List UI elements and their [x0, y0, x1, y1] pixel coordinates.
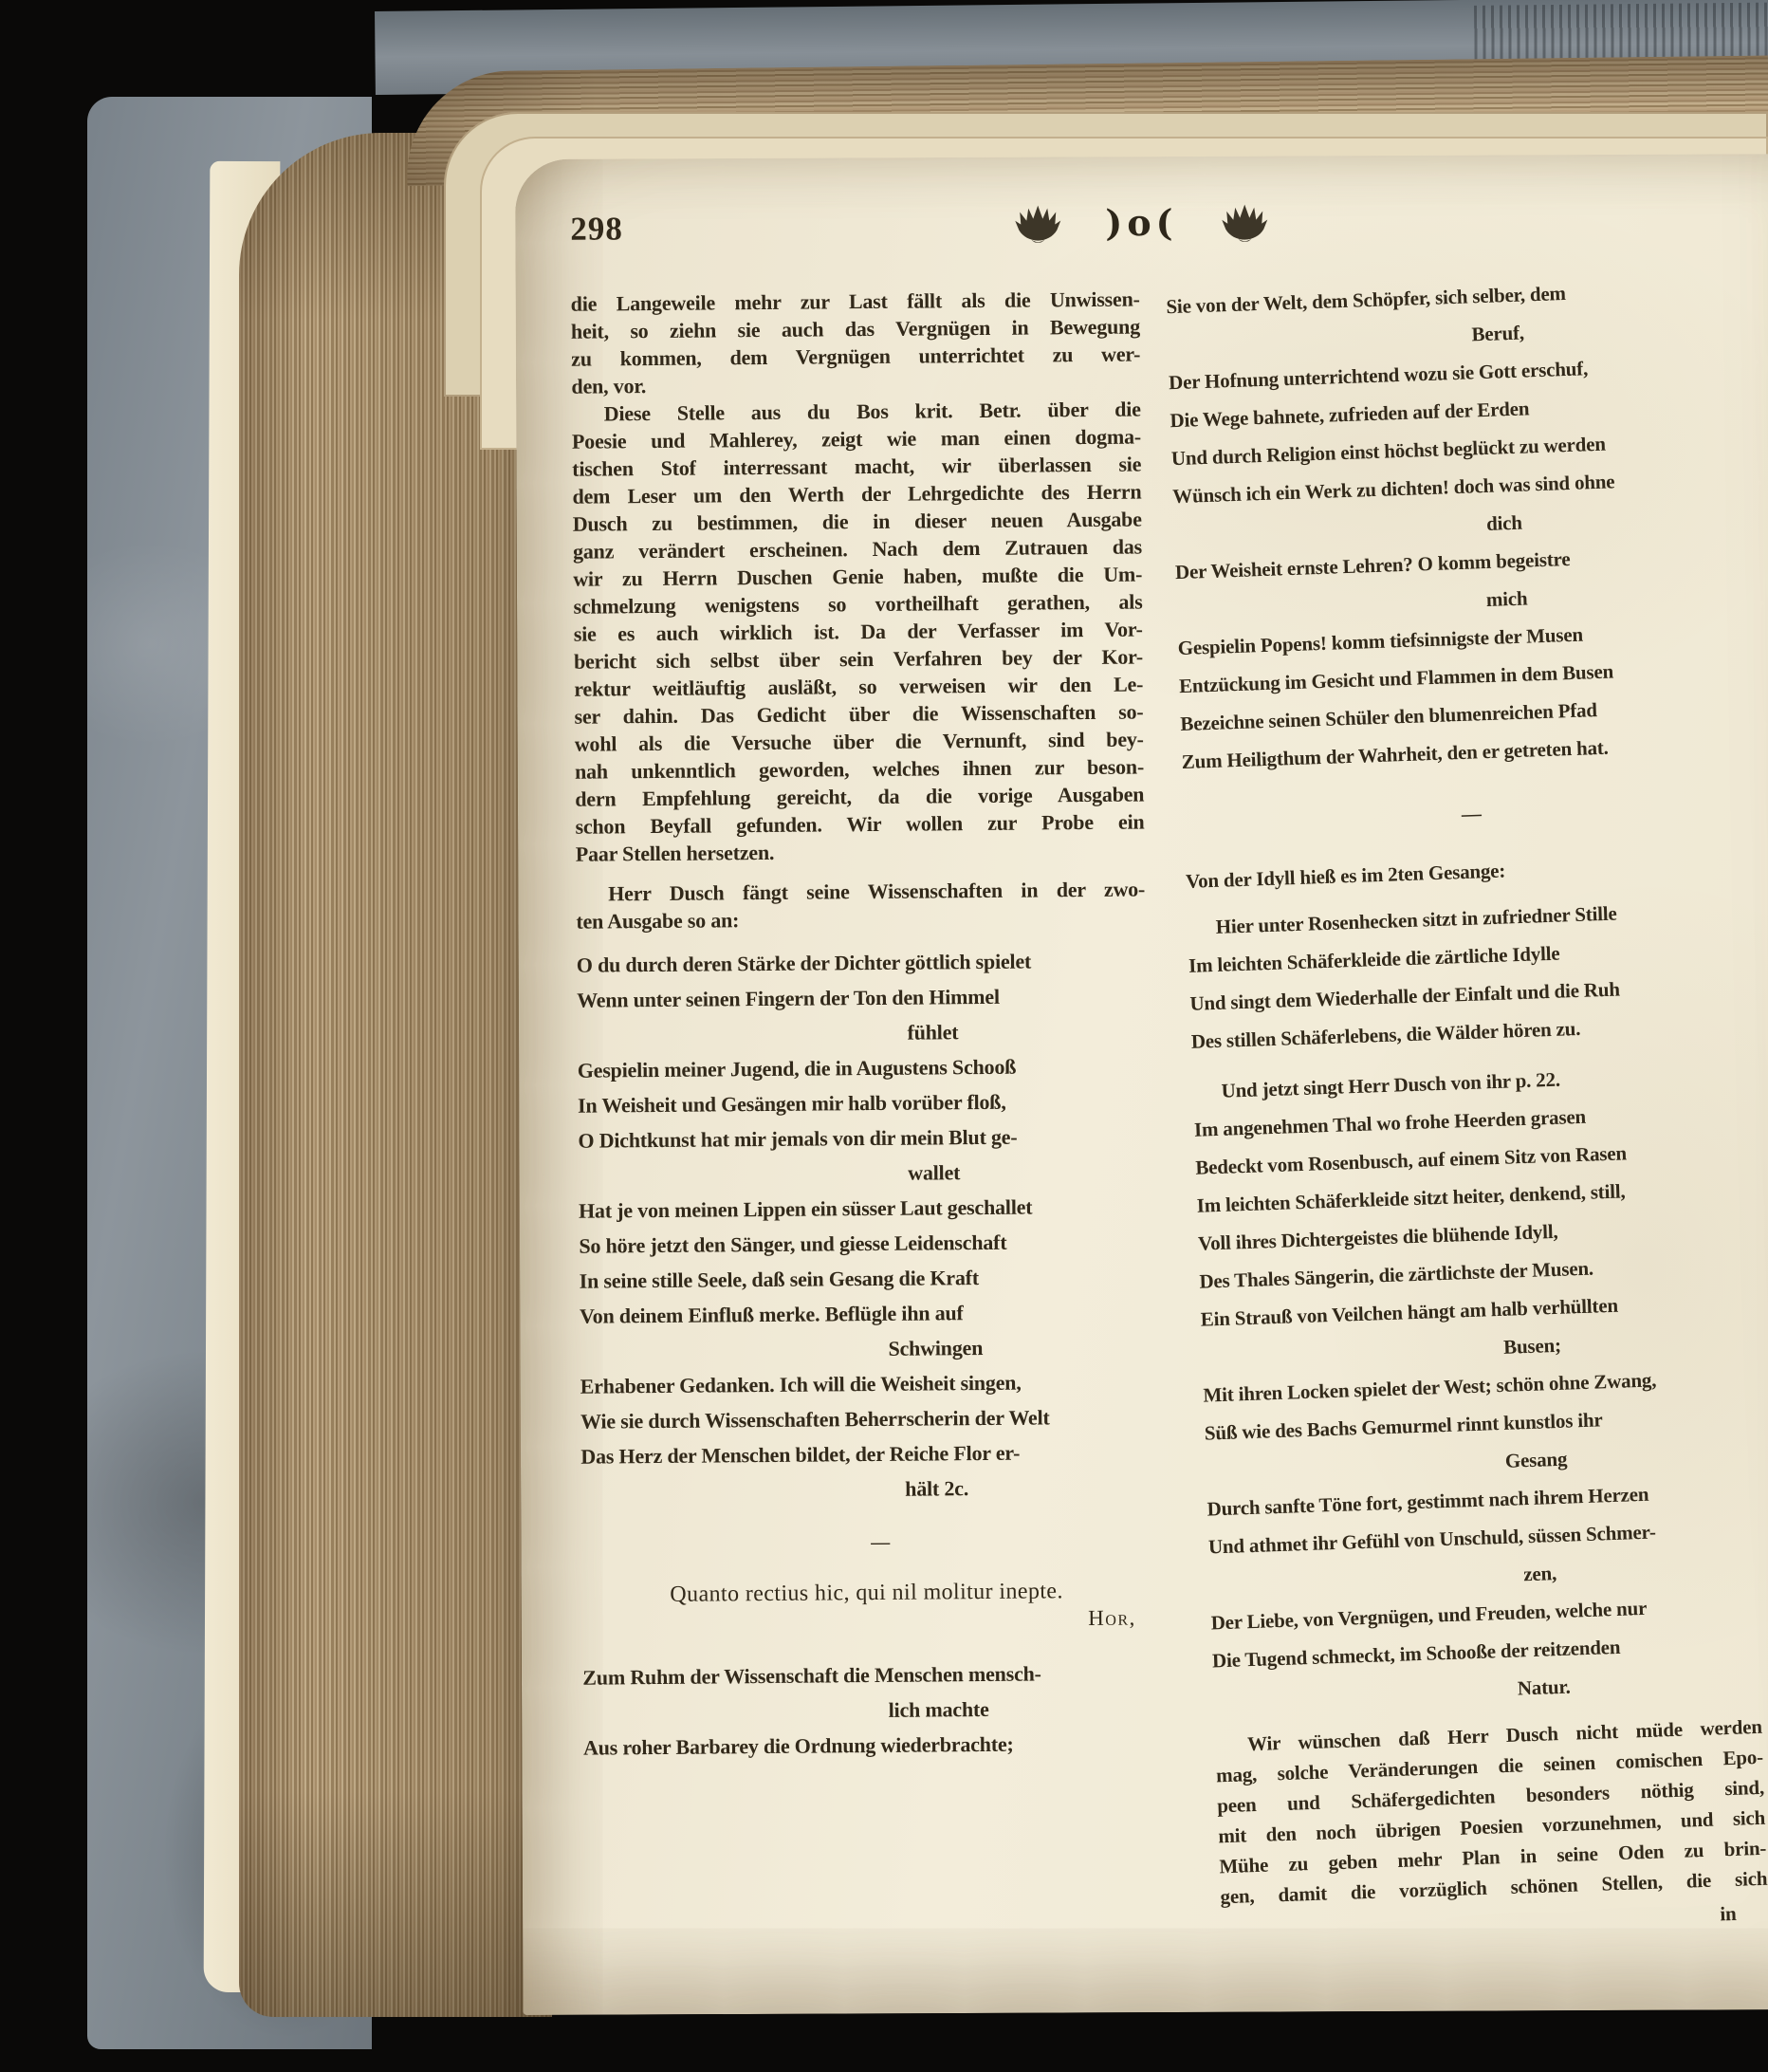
- text-line: —: [581, 1527, 1151, 1557]
- text-line: O Dichtkunst hat mir jemals von dir mein…: [578, 1118, 1147, 1157]
- text-line: Wenn unter seinen Fingern der Ton den Hi…: [577, 977, 1146, 1017]
- text-line: Schwingen: [580, 1328, 1149, 1368]
- page-number: 298: [570, 211, 623, 249]
- text-line: Hor,: [582, 1604, 1151, 1636]
- text-line: Wie sie durch Wissenschaften Beherrscher…: [580, 1398, 1150, 1438]
- text-line: zu kommen, dem Vergnügen unterrichtet zu…: [571, 341, 1140, 373]
- book-scan: 298 )o( die Langewei: [0, 0, 1768, 2072]
- text-line: lich machte: [583, 1690, 1152, 1730]
- text-line: So höre jetzt den Sänger, und giesse Lei…: [579, 1223, 1148, 1263]
- text-line: O du durch deren Stärke der Dichter gött…: [577, 942, 1146, 982]
- text-line: In Weisheit und Gesängen mir halb vorübe…: [578, 1082, 1147, 1122]
- text-line: Von deinem Einfluß merke. Beflügle ihn a…: [580, 1293, 1149, 1333]
- text-line: Zum Ruhm der Wissenschaft die Menschen m…: [582, 1655, 1151, 1694]
- text-columns: die Langeweile mehr zur Last fällt als d…: [571, 285, 1752, 1952]
- book-page: 298 )o( die Langewei: [515, 154, 1768, 2015]
- text-line: Herr Dusch fängt seine Wissenschaften in…: [576, 875, 1145, 907]
- text-line: schon Beyfall gefunden. Wir wollen zur P…: [575, 807, 1144, 840]
- shell-ornament-icon: [1012, 204, 1063, 242]
- page-content: 298 )o( die Langewei: [515, 154, 1768, 2015]
- text-line: fühlet: [577, 1012, 1146, 1052]
- left-text-column: die Langeweile mehr zur Last fällt als d…: [571, 286, 1154, 1953]
- text-line: Hat je von meinen Lippen ein süsser Laut…: [579, 1188, 1148, 1228]
- text-line: —: [1183, 786, 1731, 842]
- text-line: hält 2c.: [580, 1469, 1150, 1508]
- text-line: ten Ausgabe so an:: [576, 902, 1145, 934]
- center-ornament: )o(: [1105, 202, 1178, 244]
- text-line: Von der Idyll hieß es im 2ten Gesange:: [1186, 847, 1734, 897]
- text-line: In seine stille Seele, daß sein Gesang d…: [580, 1258, 1149, 1298]
- right-text-column: Sie von der Welt, dem Schöpfer, sich sel…: [1166, 269, 1768, 1951]
- text-line: wallet: [579, 1153, 1148, 1193]
- text-line: Aus roher Barbarey die Ordnung wiederbra…: [583, 1725, 1152, 1765]
- text-line: Das Herz der Menschen bildet, der Reiche…: [580, 1434, 1150, 1473]
- header-ornaments: )o(: [1012, 202, 1271, 245]
- text-line: Paar Stellen hersetzen.: [576, 835, 1145, 867]
- shell-ornament-icon: [1220, 204, 1271, 242]
- text-line: Gespielin meiner Jugend, die in Augusten…: [578, 1047, 1147, 1087]
- text-line: Erhabener Gedanken. Ich will die Weishei…: [580, 1363, 1150, 1403]
